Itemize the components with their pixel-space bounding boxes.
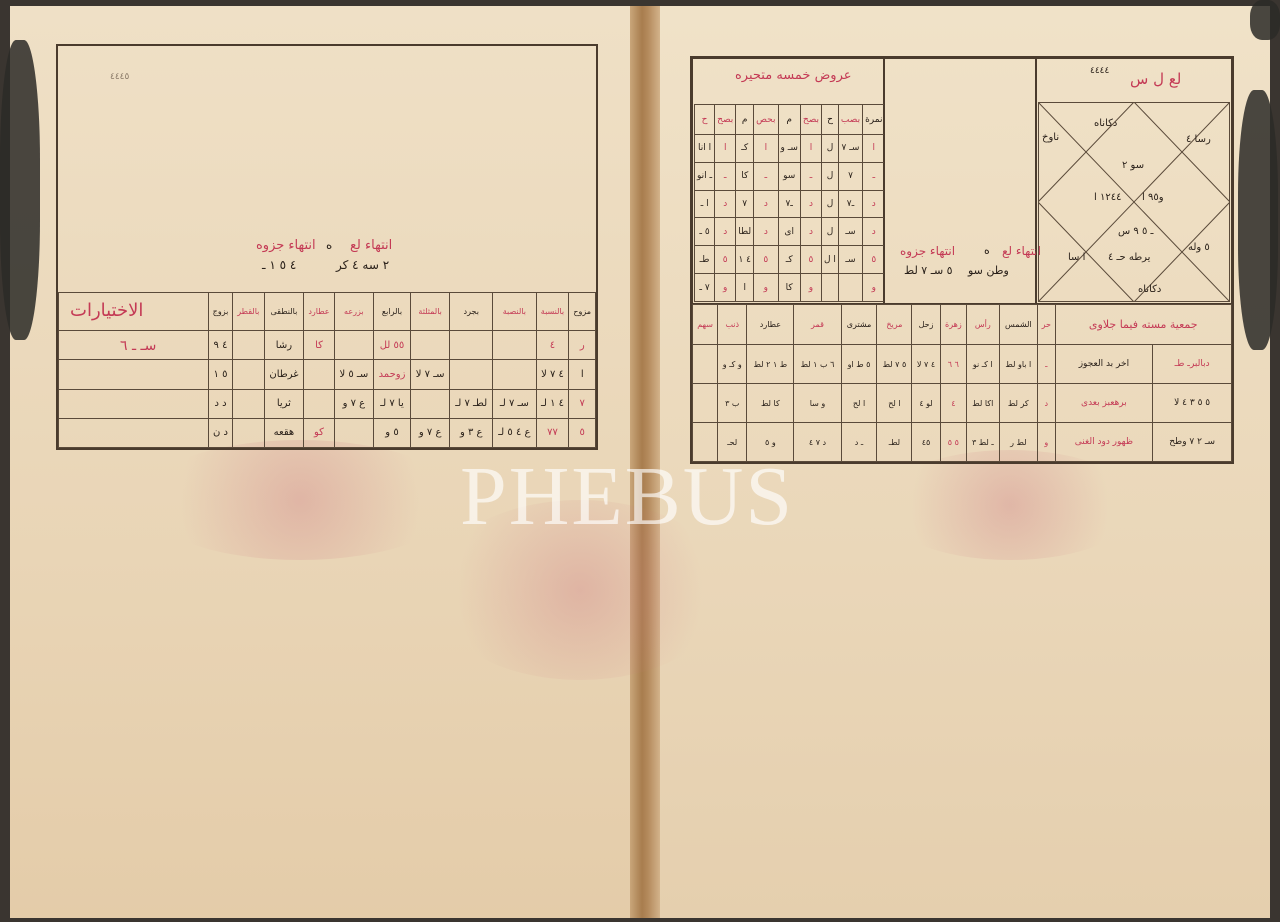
chart-top: دكاناه [1094, 118, 1117, 129]
header-cell: بزوج [209, 293, 233, 331]
chart-top-right: رسا ٤ [1186, 134, 1211, 145]
horoscope-chart: دكاناه رسا ٤ ناوخ سو ٢ ١٢٤٤ ا و٩٥ ا ـ ٥ … [1038, 102, 1230, 302]
chart-left: ناوخ [1042, 132, 1059, 143]
header-cell: بالنطقى [264, 293, 304, 331]
left-note-value-2: ٤ ٥ ١ ـ [262, 258, 296, 272]
header-cell: عطارد [304, 293, 334, 331]
left-note-value-1: ٢ سه ٤ كر [336, 258, 389, 272]
table-row: د ن هقعه كو ٥ و ع ٧ و ع ٣ و ع ٤ ٥ لـ ٧٧ … [59, 418, 596, 447]
table-row: ـ انوـكاـسوـل٧ـ [695, 162, 885, 190]
header-cell: بالقطر [233, 293, 265, 331]
edge-damage [0, 40, 40, 340]
header-cell: بالمثلثة [411, 293, 450, 331]
table-row: ا ـد٧دـ٧دلـ٧د [695, 190, 885, 218]
chart-center-bottom: ـ ٥ ٩ س [1118, 226, 1153, 237]
section-c-title: لع ل س [1130, 70, 1181, 88]
section-b-mark: ه [984, 244, 990, 257]
header-cell: بزرعه [334, 293, 373, 331]
chart-bottom-left: ا سا [1068, 252, 1085, 263]
table-row: و كـ و ط ١ ٢ لط ٦ ب ١ لط ٥ ط او ٥ ٧ لط ٤… [693, 345, 1232, 384]
section-d-title: جمعية مسته فيما جلاوى [1055, 305, 1231, 345]
edge-damage [1238, 90, 1278, 350]
table-row: طـ٥٤ ١٥كـ٥ا لسـ٥ [695, 246, 885, 274]
section-b-value-1: وطن سو [968, 264, 1009, 277]
table-row: ٥ ١ غرطان سـ ٥ لا زوحمد سـ ٧ لا ٤ ٧ لا ا [59, 360, 596, 389]
left-note-label-2: انتهاء جزوه [256, 238, 316, 253]
table-row: د د ثريا ع ٧ و يا ٧ لـ لطـ ٧ لـ سـ ٧ لـ … [59, 389, 596, 418]
header-cell: بالنسبة [536, 293, 569, 331]
chart-center-right: و٩٥ ا [1142, 192, 1164, 203]
stain [880, 450, 1140, 560]
section-a-title: عروض خمسه متحيره [735, 68, 852, 83]
left-note-label-1: انتهاء لع [350, 238, 392, 253]
chart-center-left: ١٢٤٤ ا [1094, 192, 1121, 203]
table-row: ٤ ٩ رشا كا ٥٥ لل ٤ ر [59, 331, 596, 360]
table-row: ب ٣ كا لط و سا ا لح ا لح لو ٤ ٤ اكا لط ك… [693, 384, 1232, 423]
table-row: ٥ ـدلطاداىدلسـد [695, 218, 885, 246]
left-note-mark: ه [326, 238, 332, 252]
section-d-label: برهعبز بعدى [1055, 384, 1153, 423]
table-row: ا انااكـاسـ والسـ ٧ا [695, 135, 885, 163]
section-d-label: ظهور دود الغنى [1055, 423, 1153, 462]
header-cell: بالنصبة [493, 293, 536, 331]
section-b-value-2: ٥ سـ ٧ لط [904, 264, 953, 277]
chart-center-top: سو ٢ [1122, 160, 1144, 171]
section-d-label: اخر بد العجوز [1055, 345, 1153, 384]
section-b-label-2: انتهاء جزوه [900, 244, 955, 258]
horoscope-diamond-lines [1038, 102, 1230, 302]
header-cell: بالرابع [373, 293, 410, 331]
table-row: ٧ ـواوكاوو [695, 274, 885, 302]
title-cell [59, 293, 209, 331]
section-d-table: سهم ذنب عطارد قمر مشترى مريخ زحل زهرة رأ… [692, 304, 1232, 462]
stain [140, 440, 460, 560]
header-cell: مزوح [569, 293, 596, 331]
watermark: PHEBUS [460, 448, 794, 545]
left-table: بزوج بالقطر بالنطقى عطارد بزرعه بالرابع … [58, 292, 596, 448]
chart-bottom-right: ٥ وله [1188, 242, 1210, 253]
chart-bottom: يرطه حـ ٤ [1108, 252, 1150, 263]
section-a-table: ح بصح م بحص م بصح ح بصب نمرة ا انااكـاسـ… [694, 104, 885, 302]
edge-damage [1250, 0, 1280, 40]
header-cell: بجرد [450, 293, 493, 331]
chart-base: دكاناه [1138, 284, 1161, 295]
section-c-marks: ٤٤٤٤ [1090, 66, 1109, 76]
